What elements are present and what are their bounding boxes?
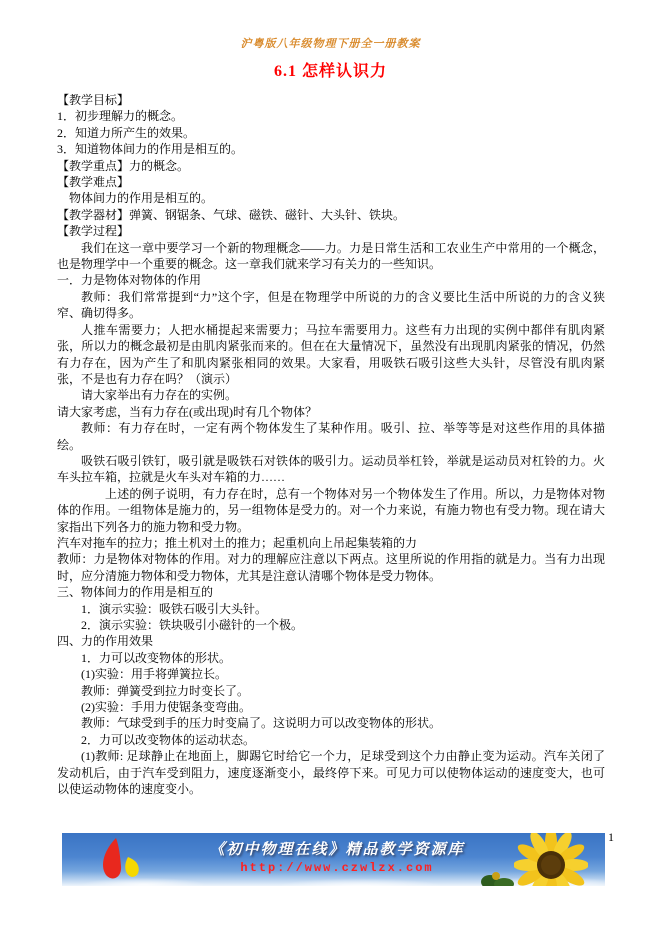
paragraph: 教师：气球受到手的压力时变扁了。这说明力可以改变物体的形状。 [57, 715, 605, 731]
paragraph: 我们在这一章中要学习一个新的物理概念——力。力是日常生活和工农业生产中常用的一个… [57, 240, 605, 273]
paragraph: 请大家考虑，当有力存在(或出现)时有几个物体？ [57, 404, 605, 420]
paragraph: 人推车需要力；人把水桶提起来需要力；马拉车需要用力。这些有力出现的实例中都伴有肌… [57, 322, 605, 388]
paragraph: 四、力的作用效果 [57, 633, 605, 649]
paragraph: 吸铁石吸引铁钉，吸引就是吸铁石对铁体的吸引力。运动员举杠铃，举就是运动员对杠铃的… [57, 453, 605, 486]
plant-icon [480, 864, 516, 886]
paragraph: 物体间力的作用是相互的。 [57, 190, 605, 206]
paragraph: 请大家举出有力存在的实例。 [57, 387, 605, 403]
document-body: 【教学目标】1．初步理解力的概念。2．知道力所产生的效果。3．知道物体间力的作用… [57, 92, 605, 797]
page-title: 6.1 怎样认识力 [0, 58, 661, 81]
paragraph: 三、物体间力的作用是相互的 [57, 584, 605, 600]
paragraph: (1)实验：用手将弹簧拉长。 [57, 666, 605, 682]
paragraph: 【教学重点】力的概念。 [57, 158, 605, 174]
document-page: 沪粤版八年级物理下册全一册教案 6.1 怎样认识力 【教学目标】1．初步理解力的… [0, 0, 661, 935]
paragraph: 2．力可以改变物体的运动状态。 [57, 732, 605, 748]
paragraph: 1．力可以改变物体的形状。 [57, 650, 605, 666]
paragraph: 2．知道力所产生的效果。 [57, 125, 605, 141]
paragraph: 1．初步理解力的概念。 [57, 108, 605, 124]
paragraph: 汽车对拖车的拉力；推土机对土的推力；起重机向上吊起集装箱的力 [57, 535, 605, 551]
paragraph: 上述的例子说明，有力存在时，总有一个物体对另一个物体发生了作用。所以，力是物体对… [57, 486, 605, 535]
footer-banner-image: 《初中物理在线》精品教学资源库 http://www.czwlzx.com [62, 833, 605, 886]
paragraph: 【教学器材】弹簧、钢锯条、气球、磁铁、磁针、大头针、铁块。 [57, 207, 605, 223]
paragraph: 【教学目标】 [57, 92, 605, 108]
paragraph: 【教学难点】 [57, 174, 605, 190]
paragraph: 2．演示实验：铁块吸引小磁针的一个极。 [57, 617, 605, 633]
paragraph: 教师：有力存在时，一定有两个物体发生了某种作用。吸引、拉、举等等是对这些作用的具… [57, 420, 605, 453]
sunflower-icon [514, 833, 588, 886]
paragraph: (2)实验：手用力使锯条变弯曲。 [57, 699, 605, 715]
paragraph: 教师：弹簧受到拉力时变长了。 [57, 683, 605, 699]
page-number: 1 [608, 830, 614, 845]
paragraph: 一．力是物体对物体的作用 [57, 272, 605, 288]
banner-url: http://www.czwlzx.com [172, 861, 502, 875]
paragraph: 教师：我们常常提到“力”这个字，但是在物理学中所说的力的含义要比生活中所说的力的… [57, 289, 605, 322]
document-header-label: 沪粤版八年级物理下册全一册教案 [0, 0, 661, 51]
paragraph: 1．演示实验：吸铁石吸引大头针。 [57, 601, 605, 617]
paragraph: 【教学过程】 [57, 223, 605, 239]
banner-logo-icon [96, 837, 144, 883]
paragraph: 教师：力是物体对物体的作用。对力的理解应注意以下两点。这里所说的作用指的就是力。… [57, 551, 605, 584]
paragraph: 3．知道物体间力的作用是相互的。 [57, 141, 605, 157]
banner-title: 《初中物理在线》精品教学资源库 [172, 838, 502, 859]
banner-text-block: 《初中物理在线》精品教学资源库 http://www.czwlzx.com [172, 838, 502, 875]
paragraph: (1)教师: 足球静止在地面上，脚踢它时给它一个力，足球受到这个力由静止变为运动… [57, 748, 605, 797]
